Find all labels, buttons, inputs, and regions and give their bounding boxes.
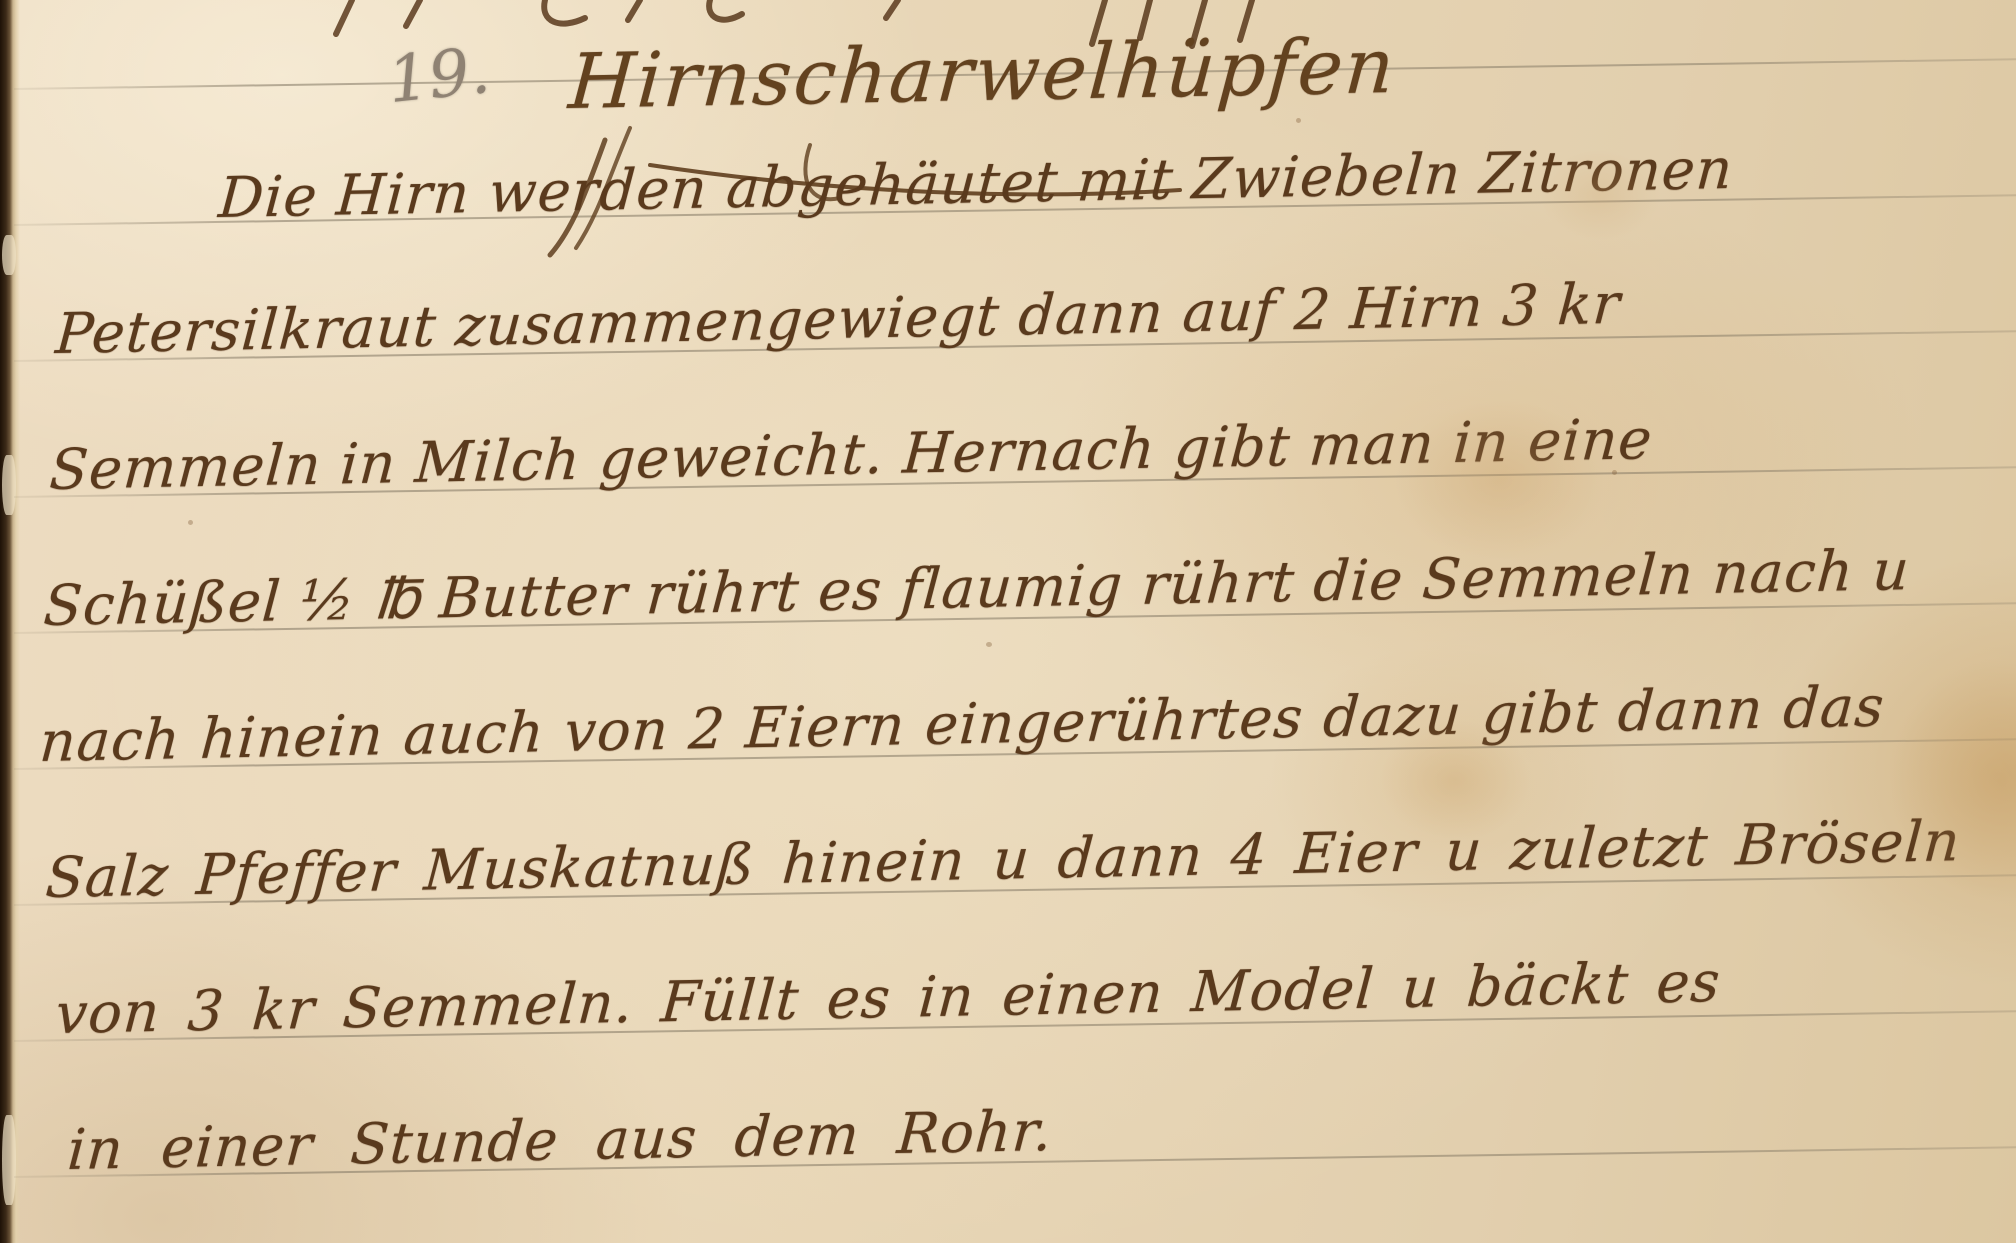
manuscript-line-6: Salz Pfeffer Muskatnuß hinein u dann 4 E… xyxy=(42,787,1964,934)
manuscript-line-2: Petersilkraut zusammengewiegt dann auf 2… xyxy=(52,252,1534,390)
recipe-title: Hirnscharwelhüpfen xyxy=(565,10,1213,142)
manuscript-line-5: nach hinein auch von 2 Eiern eingerührte… xyxy=(36,652,1888,798)
manuscript-line-8: in einer Stunde aus dem Rohr. xyxy=(64,1077,1056,1206)
recipe-number: 19. xyxy=(383,21,495,131)
torn-page-edge xyxy=(0,0,20,1243)
manuscript-line-1: Die Hirn werden abgehäutet mit Zwiebeln … xyxy=(215,119,1502,254)
page-edge-notch xyxy=(2,455,16,515)
manuscript-page: 19. Hirnscharwelhüpfen Die Hirn werden a… xyxy=(0,0,2016,1243)
manuscript-line-3: Semmeln in Milch geweicht. Hernach gibt … xyxy=(46,389,1438,526)
page-edge-notch xyxy=(2,1115,16,1205)
manuscript-line-4: Schüßel ½ ℔ Butter rührt es flaumig rühr… xyxy=(40,523,1567,662)
page-edge-notch xyxy=(2,235,16,275)
manuscript-line-7: von 3 kr Semmeln. Füllt es in einen Mode… xyxy=(52,928,1724,1070)
